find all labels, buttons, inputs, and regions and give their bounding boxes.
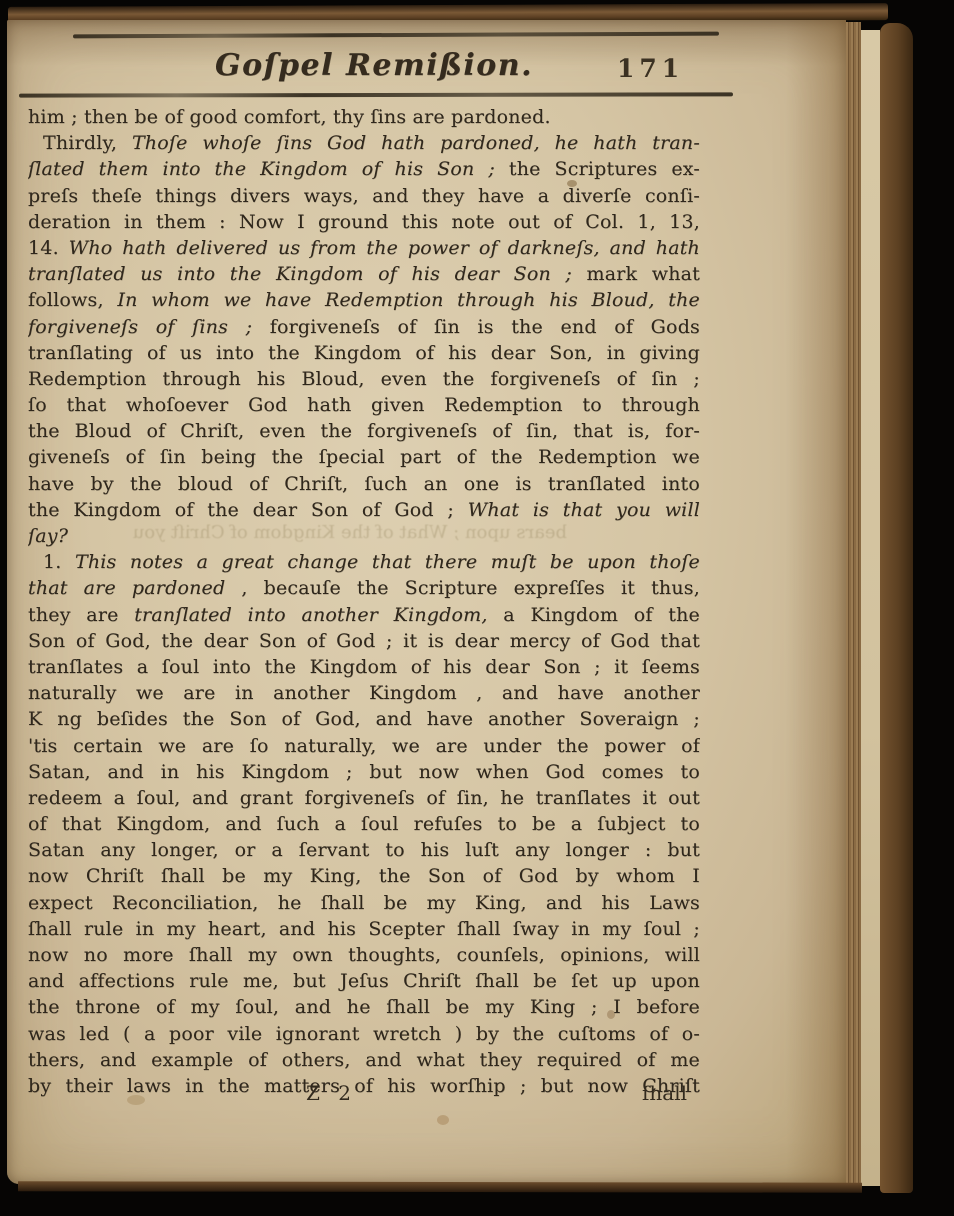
text-segment: was led ( a poor vile ignorant wretch ) … bbox=[28, 1023, 700, 1045]
italic-text-segment: In whom we have Redemption through his B… bbox=[117, 289, 700, 311]
text-line: ſay? bbox=[28, 523, 700, 549]
page-stain bbox=[437, 1115, 449, 1125]
text-line: Thirdly, Thoſe whoſe ſins God hath pardo… bbox=[28, 130, 700, 156]
text-line: tranſlates a ſoul into the Kingdom of hi… bbox=[28, 654, 700, 680]
text-line: the throne of my ſoul, and he ſhall be m… bbox=[28, 994, 700, 1020]
page-stain-right bbox=[786, 20, 846, 1184]
page-title: Goſpel Remißion. bbox=[215, 48, 533, 83]
text-line: giveneſs of ſin being the ſpecial part o… bbox=[28, 444, 700, 470]
text-line: 'tis certain we are ſo naturally, we are… bbox=[28, 733, 700, 759]
footer-row: Z 2 ſhall bbox=[28, 1081, 700, 1107]
text-line: 14. Who hath delivered us from the power… bbox=[28, 235, 700, 261]
text-line: they are tranſlated into another Kingdom… bbox=[28, 602, 700, 628]
text-segment: the Kingdom of the dear Son of God ; bbox=[28, 499, 468, 521]
book-scan: Goſpel Remißion. 171 bears upon ; What o… bbox=[0, 0, 954, 1216]
text-segment: Redemption through his Bloud, even the f… bbox=[28, 368, 700, 390]
text-segment: now no more ſhall my own thoughts, counſ… bbox=[28, 944, 700, 966]
text-segment: naturally we are in another Kingdom , an… bbox=[28, 682, 700, 704]
text-segment: mark what bbox=[587, 263, 700, 285]
text-segment: the Bloud of Chriſt, even the forgiveneſ… bbox=[28, 420, 700, 442]
text-segment: deration in them : Now I ground this not… bbox=[28, 211, 700, 233]
text-line: thers, and example of others, and what t… bbox=[28, 1047, 700, 1073]
text-segment: 'tis certain we are ſo naturally, we are… bbox=[28, 735, 700, 757]
text-segment: thers, and example of others, and what t… bbox=[28, 1049, 700, 1071]
signature-mark: Z 2 bbox=[306, 1081, 357, 1105]
text-segment: Satan any longer, or a ſervant to his lu… bbox=[28, 839, 700, 861]
text-segment: ſo that whoſoever God hath given Redempt… bbox=[28, 394, 700, 416]
text-line: ſhall rule in my heart, and his Scepter … bbox=[28, 916, 700, 942]
text-segment: preſs theſe things divers ways, and they… bbox=[28, 185, 700, 207]
italic-text-segment: What is that you will bbox=[468, 499, 700, 521]
text-segment: of that Kingdom, and ſuch a ſoul refuſes… bbox=[28, 813, 700, 835]
text-line: him ; then be of good comfort, thy ſins … bbox=[28, 104, 700, 130]
text-line: tranſlating of us into the Kingdom of hi… bbox=[28, 340, 700, 366]
text-segment: follows, bbox=[28, 289, 117, 311]
text-line: K ng beſides the Son of God, and have an… bbox=[28, 706, 700, 732]
text-line: Redemption through his Bloud, even the f… bbox=[28, 366, 700, 392]
text-segment: the throne of my ſoul, and he ſhall be m… bbox=[28, 996, 700, 1018]
text-segment: Thirdly, bbox=[43, 132, 132, 154]
text-segment: now Chriſt ſhall be my King, the Son of … bbox=[28, 865, 700, 887]
text-line: now no more ſhall my own thoughts, counſ… bbox=[28, 942, 700, 968]
page-fore-edge bbox=[846, 22, 861, 1186]
page-number: 171 bbox=[617, 54, 684, 83]
text-segment: Son of God, the dear Son of God ; it is … bbox=[28, 630, 700, 652]
text-line: 1. This notes a great change that there … bbox=[28, 549, 700, 575]
text-line: ſo that whoſoever God hath given Redempt… bbox=[28, 392, 700, 418]
text-segment: forgiveneſs of ſin is the end of Gods bbox=[270, 316, 700, 338]
text-segment: giveneſs of ſin being the ſpecial part o… bbox=[28, 446, 700, 468]
text-line: ſlated them into the Kingdom of his Son … bbox=[28, 156, 700, 182]
italic-text-segment: Who hath delivered us from the power of … bbox=[69, 237, 700, 259]
text-line: naturally we are in another Kingdom , an… bbox=[28, 680, 700, 706]
text-line: expect Reconciliation, he ſhall be my Ki… bbox=[28, 890, 700, 916]
text-segment: redeem a ſoul, and grant forgiveneſs of … bbox=[28, 787, 700, 809]
text-line: was led ( a poor vile ignorant wretch ) … bbox=[28, 1021, 700, 1047]
book-bottom-edge bbox=[18, 1181, 862, 1192]
text-line: Satan, and in his Kingdom ; but now when… bbox=[28, 759, 700, 785]
text-line: deration in them : Now I ground this not… bbox=[28, 209, 700, 235]
text-segment: 1. bbox=[43, 551, 75, 573]
text-segment: they are bbox=[28, 604, 134, 626]
page-scan: Goſpel Remißion. 171 bears upon ; What o… bbox=[7, 20, 846, 1184]
text-line: of that Kingdom, and ſuch a ſoul refuſes… bbox=[28, 811, 700, 837]
text-line: tranſlated us into the Kingdom of his de… bbox=[28, 261, 700, 287]
text-segment: Satan, and in his Kingdom ; but now when… bbox=[28, 761, 700, 783]
italic-text-segment: ſay? bbox=[28, 525, 68, 547]
italic-text-segment: This notes a great change that there muſ… bbox=[75, 551, 700, 573]
text-segment: tranſlates a ſoul into the Kingdom of hi… bbox=[28, 656, 700, 678]
text-segment: have by the bloud of Chriſt, ſuch an one… bbox=[28, 473, 700, 495]
book-cover-edge bbox=[880, 23, 913, 1193]
italic-text-segment: tranſlated us into the Kingdom of his de… bbox=[28, 263, 587, 285]
header-rule-bottom bbox=[19, 92, 733, 97]
text-line: that are pardoned , becauſe the Scriptur… bbox=[28, 575, 700, 601]
text-line: the Kingdom of the dear Son of God ; Wha… bbox=[28, 497, 700, 523]
text-line: follows, In whom we have Redemption thro… bbox=[28, 287, 700, 313]
text-segment: a Kingdom of the bbox=[488, 604, 700, 626]
text-segment: K ng beſides the Son of God, and have an… bbox=[28, 708, 700, 730]
text-segment: and affections rule me, but Jeſus Chriſt… bbox=[28, 970, 700, 992]
italic-text-segment: forgiveneſs of ſins ; bbox=[28, 316, 270, 338]
italic-text-segment: ſlated them into the Kingdom of his Son … bbox=[28, 158, 509, 180]
facing-page-edge bbox=[861, 30, 880, 1186]
text-line: the Bloud of Chriſt, even the forgiveneſ… bbox=[28, 418, 700, 444]
italic-text-segment: Thoſe whoſe ſins God hath pardoned, he h… bbox=[132, 132, 700, 154]
text-line: Satan any longer, or a ſervant to his lu… bbox=[28, 837, 700, 863]
catchword: ſhall bbox=[642, 1081, 687, 1105]
text-segment: tranſlating of us into the Kingdom of hi… bbox=[28, 342, 700, 364]
text-line: redeem a ſoul, and grant forgiveneſs of … bbox=[28, 785, 700, 811]
text-line: have by the bloud of Chriſt, ſuch an one… bbox=[28, 471, 700, 497]
text-segment: the Scriptures ex- bbox=[509, 158, 700, 180]
italic-text-segment: tranſlated into another Kingdom, bbox=[134, 604, 487, 626]
text-segment: him ; then be of good comfort, thy ſins … bbox=[28, 106, 551, 128]
text-segment: 14. bbox=[28, 237, 69, 259]
text-line: forgiveneſs of ſins ; forgiveneſs of ſin… bbox=[28, 314, 700, 340]
text-line: now Chriſt ſhall be my King, the Son of … bbox=[28, 863, 700, 889]
text-segment: , becauſe the Scripture expreſſes it thu… bbox=[225, 577, 700, 599]
text-line: Son of God, the dear Son of God ; it is … bbox=[28, 628, 700, 654]
italic-text-segment: that are pardoned bbox=[28, 577, 225, 599]
text-segment: ſhall rule in my heart, and his Scepter … bbox=[28, 918, 700, 940]
text-line: preſs theſe things divers ways, and they… bbox=[28, 183, 700, 209]
body-text: him ; then be of good comfort, thy ſins … bbox=[28, 104, 700, 1099]
text-segment: expect Reconciliation, he ſhall be my Ki… bbox=[28, 892, 700, 914]
text-line: and affections rule me, but Jeſus Chriſt… bbox=[28, 968, 700, 994]
